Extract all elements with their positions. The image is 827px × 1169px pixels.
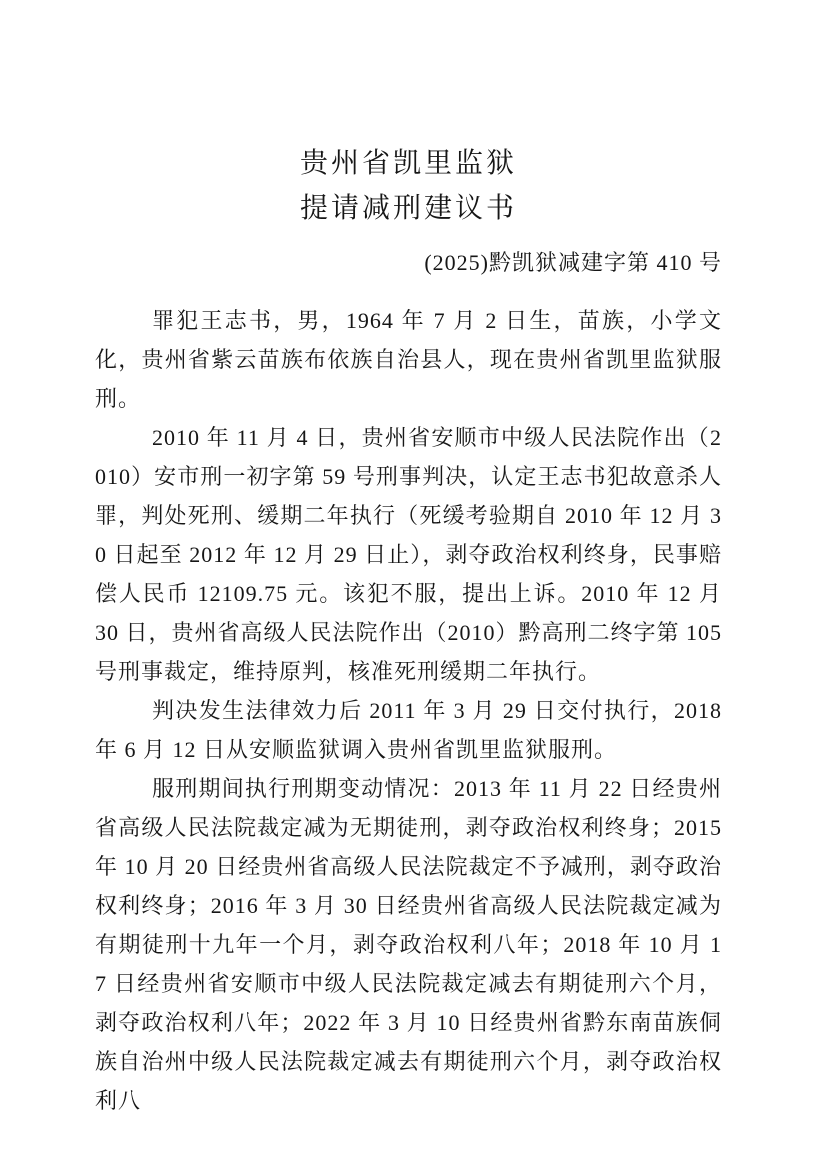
paragraph-original-judgment: 2010 年 11 月 4 日，贵州省安顺市中级人民法院作出（2010）安市刑一… <box>95 418 722 691</box>
document-title-line1: 贵州省凯里监狱 <box>95 141 722 186</box>
document-title: 贵州省凯里监狱 提请减刑建议书 <box>95 141 722 231</box>
document-number: (2025)黔凯狱减建字第 410 号 <box>95 243 722 282</box>
document-title-line2: 提请减刑建议书 <box>95 186 722 231</box>
document-content: 贵州省凯里监狱 提请减刑建议书 (2025)黔凯狱减建字第 410 号 罪犯王志… <box>95 141 722 1120</box>
document-body: 罪犯王志书，男，1964 年 7 月 2 日生，苗族，小学文化，贵州省紫云苗族布… <box>95 301 722 1120</box>
paragraph-offender-info: 罪犯王志书，男，1964 年 7 月 2 日生，苗族，小学文化，贵州省紫云苗族布… <box>95 301 722 418</box>
paragraph-execution-transfer: 判决发生法律效力后 2011 年 3 月 29 日交付执行，2018 年 6 月… <box>95 691 722 769</box>
document-page: 贵州省凯里监狱 提请减刑建议书 (2025)黔凯狱减建字第 410 号 罪犯王志… <box>0 0 827 1169</box>
paragraph-sentence-changes: 服刑期间执行刑期变动情况：2013 年 11 月 22 日经贵州省高级人民法院裁… <box>95 769 722 1120</box>
